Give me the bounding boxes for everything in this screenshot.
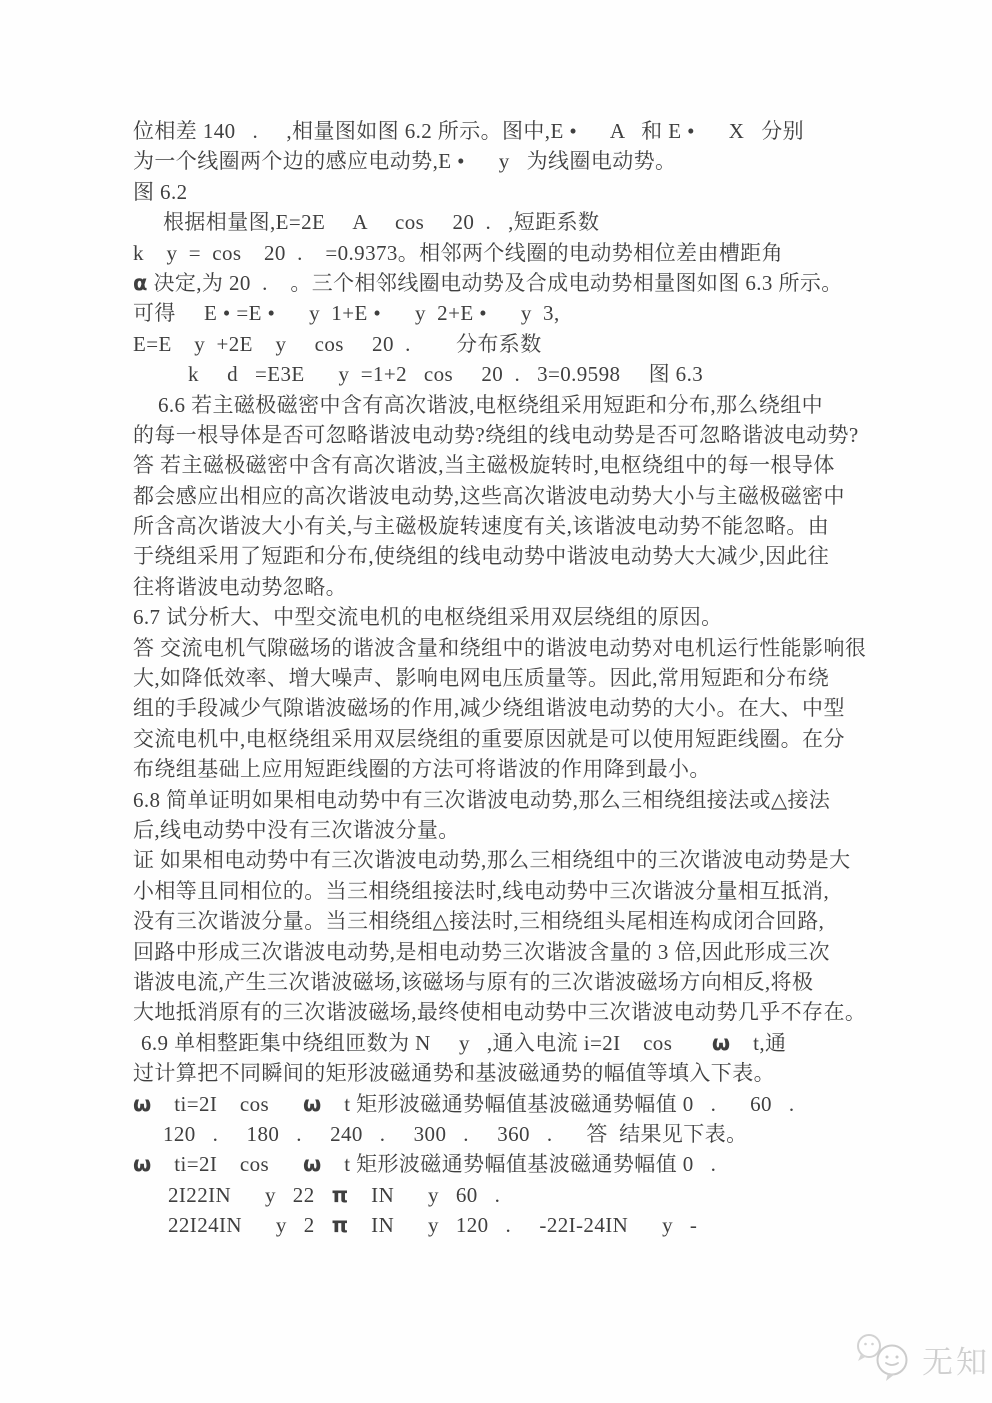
text-line: 后,线电动势中没有三次谐波分量。	[133, 815, 873, 845]
text-line: 交流电机中,电枢绕组采用双层绕组的重要原因就是可以使用短距线圈。在分	[133, 724, 873, 754]
text-line: 布绕组基础上应用短距线圈的方法可将谐波的作用降到最小。	[133, 754, 873, 784]
watermark: 无知	[852, 1330, 982, 1388]
text-line: k d =E3E y =1+2 cos 20 . 3=0.9598 图 6.3	[133, 359, 873, 389]
watermark-label: 无知	[922, 1337, 990, 1382]
text-line: 2I22IN y 22 π IN y 60 .	[133, 1180, 873, 1210]
text-line: 6.6 若主磁极磁密中含有高次谐波,电枢绕组采用短距和分布,那么绕组中	[133, 390, 873, 420]
document-body: 位相差 140 . ,相量图如图 6.2 所示。图中,E • A 和 E • X…	[133, 116, 873, 1240]
text-line: ω ti=2I cos ω t 矩形波磁通势幅值基波磁通势幅值 0 .	[133, 1149, 873, 1179]
text-line: 谐波电流,产生三次谐波磁场,该磁场与原有的三次谐波磁场方向相反,将极	[133, 967, 873, 997]
greek-symbol: α	[133, 271, 148, 295]
greek-symbol: ω	[133, 1092, 152, 1116]
text-line: 22I24IN y 2 π IN y 120 . -22I-24IN y -	[133, 1210, 873, 1240]
text-line: 证 如果相电动势中有三次谐波电动势,那么三相绕组中的三次谐波电动势是大	[133, 845, 873, 875]
text-line: 为一个线圈两个边的感应电动势,E • y 为线圈电动势。	[133, 146, 873, 176]
text-line: 6.9 单相整距集中绕组匝数为 N y ,通入电流 i=2I cos ω t,通	[133, 1028, 873, 1058]
text-line: 位相差 140 . ,相量图如图 6.2 所示。图中,E • A 和 E • X…	[133, 116, 873, 146]
text-line: 于绕组采用了短距和分布,使绕组的线电动势中谐波电动势大大减少,因此往	[133, 541, 873, 571]
text-line: 回路中形成三次谐波电动势,是相电动势三次谐波含量的 3 倍,因此形成三次	[133, 937, 873, 967]
greek-symbol: ω	[303, 1092, 322, 1116]
greek-symbol: π	[332, 1213, 349, 1237]
text-line: 往将谐波电动势忽略。	[133, 572, 873, 602]
chat-bubbles-logo-icon	[852, 1329, 916, 1390]
text-line: α 决定,为 20 . 。三个相邻线圈电动势及合成电动势相量图如图 6.3 所示…	[133, 268, 873, 298]
document-page: 位相差 140 . ,相量图如图 6.2 所示。图中,E • A 和 E • X…	[0, 0, 992, 1403]
text-line: k y = cos 20 . =0.9373。相邻两个线圈的电动势相位差由槽距角	[133, 238, 873, 268]
text-line: 大,如降低效率、增大噪声、影响电网电压质量等。因此,常用短距和分布绕	[133, 663, 873, 693]
text-line: 120 . 180 . 240 . 300 . 360 . 答 结果见下表。	[133, 1119, 873, 1149]
text-line: 小相等且同相位的。当三相绕组接法时,线电动势中三次谐波分量相互抵消,	[133, 876, 873, 906]
text-line: 过计算把不同瞬间的矩形波磁通势和基波磁通势的幅值等填入下表。	[133, 1058, 873, 1088]
text-line: 可得 E • =E • y 1+E • y 2+E • y 3,	[133, 298, 873, 328]
text-line: E=E y +2E y cos 20 . 分布系数	[133, 329, 873, 359]
text-line: 没有三次谐波分量。当三相绕组△接法时,三相绕组头尾相连构成闭合回路,	[133, 906, 873, 936]
text-line: 6.7 试分析大、中型交流电机的电枢绕组采用双层绕组的原因。	[133, 602, 873, 632]
greek-symbol: π	[332, 1183, 349, 1207]
text-line: 答 若主磁极磁密中含有高次谐波,当主磁极旋转时,电枢绕组中的每一根导体	[133, 450, 873, 480]
text-line: 根据相量图,E=2E A cos 20 . ,短距系数	[133, 207, 873, 237]
text-line: 大地抵消原有的三次谐波磁场,最终使相电动势中三次谐波电动势几乎不存在。	[133, 997, 873, 1027]
text-line: 图 6.2	[133, 177, 873, 207]
text-line: 组的手段减少气隙谐波磁场的作用,减少绕组谐波电动势的大小。在大、中型	[133, 693, 873, 723]
text-line: 的每一根导体是否可忽略谐波电动势?绕组的线电动势是否可忽略谐波电动势?	[133, 420, 873, 450]
text-line: ω ti=2I cos ω t 矩形波磁通势幅值基波磁通势幅值 0 . 60 .	[133, 1089, 873, 1119]
greek-symbol: ω	[133, 1152, 152, 1176]
greek-symbol: ω	[303, 1152, 322, 1176]
text-line: 答 交流电机气隙磁场的谐波含量和绕组中的谐波电动势对电机运行性能影响很	[133, 633, 873, 663]
text-line: 都会感应出相应的高次谐波电动势,这些高次谐波电动势大小与主磁极磁密中	[133, 481, 873, 511]
text-line: 所含高次谐波大小有关,与主磁极旋转速度有关,该谐波电动势不能忽略。由	[133, 511, 873, 541]
greek-symbol: ω	[712, 1031, 731, 1055]
text-line: 6.8 简单证明如果相电动势中有三次谐波电动势,那么三相绕组接法或△接法	[133, 785, 873, 815]
